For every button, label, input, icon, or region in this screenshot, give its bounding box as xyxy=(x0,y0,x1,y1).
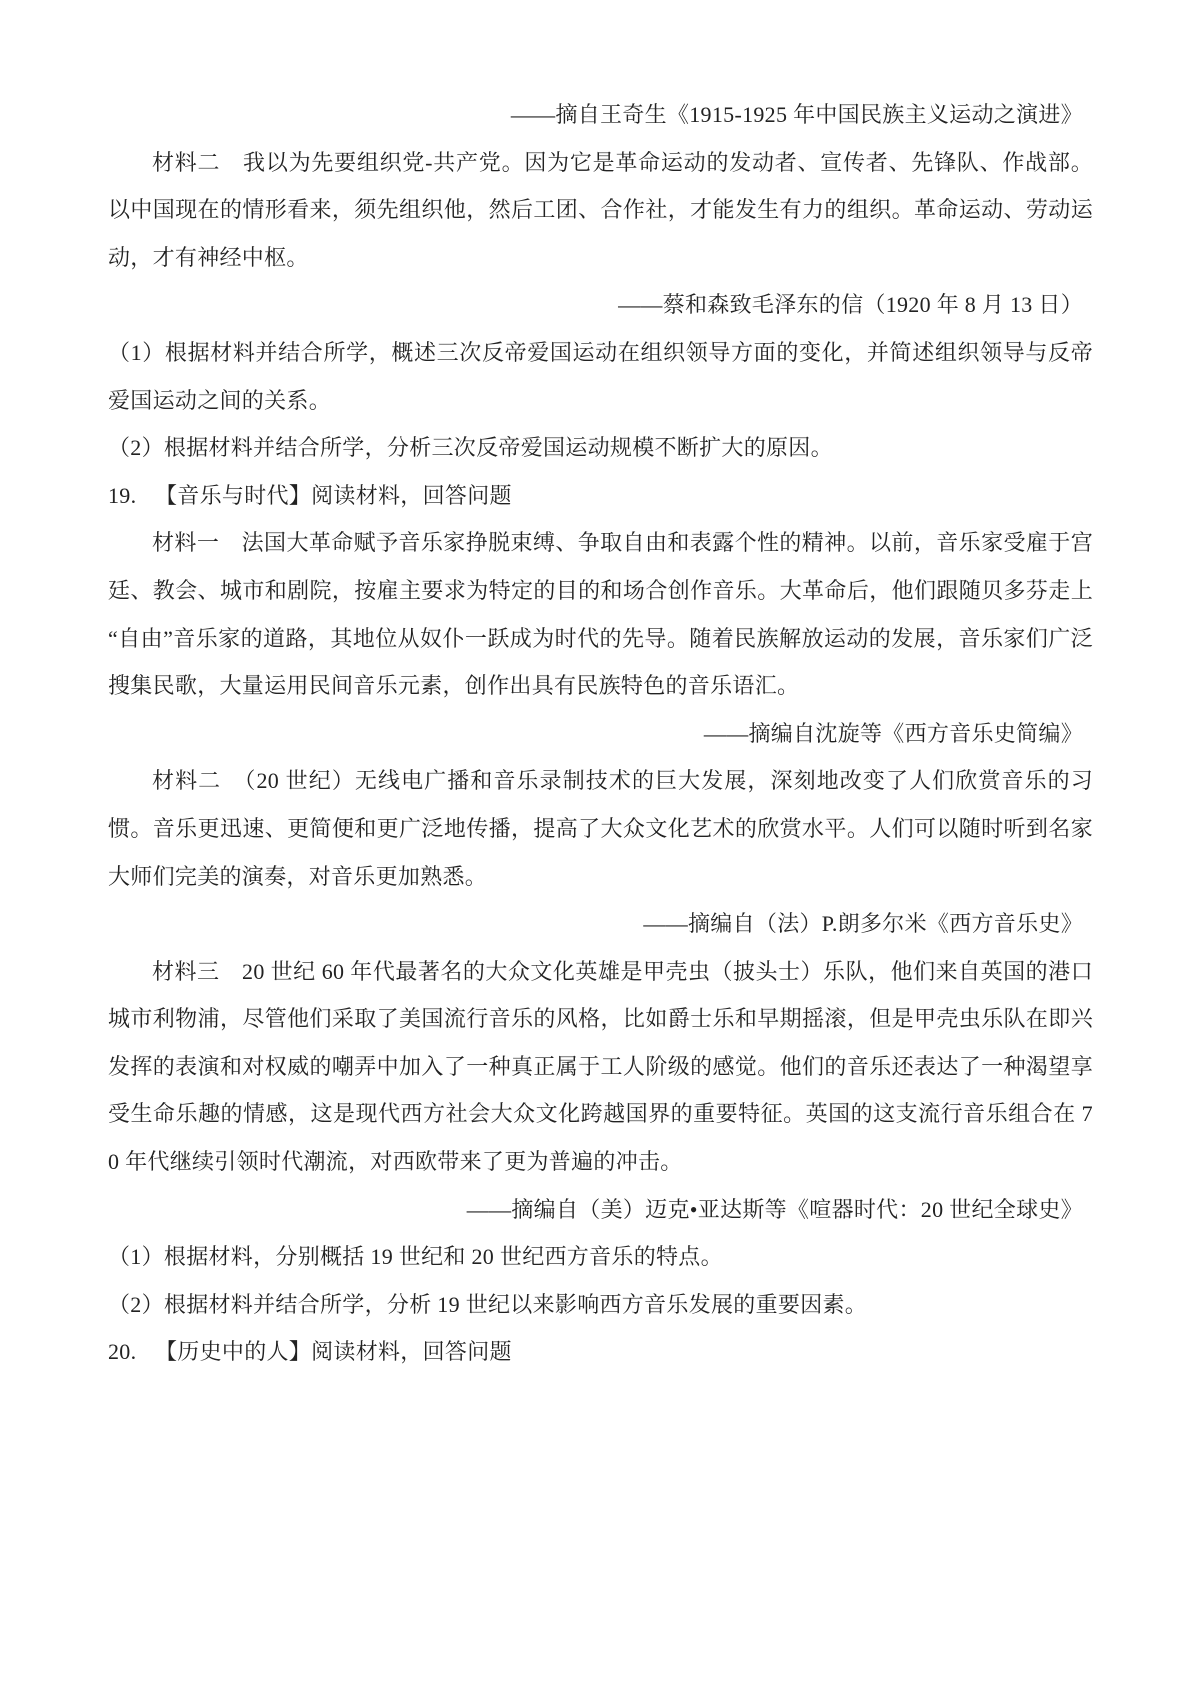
question-title: 【历史中的人】阅读材料，回答问题 xyxy=(155,1339,512,1364)
material-paragraph: 材料三 20 世纪 60 年代最著名的大众文化英雄是甲壳虫（披头士）乐队，他们来… xyxy=(108,948,1093,1186)
question-subitem: （1）根据材料并结合所学，概述三次反帝爱国运动在组织领导方面的变化，并简述组织领… xyxy=(108,329,1093,424)
source-citation: ——蔡和森致毛泽东的信（1920 年 8 月 13 日） xyxy=(108,281,1093,329)
question-title: 【音乐与时代】阅读材料，回答问题 xyxy=(155,483,512,508)
question-header: 20.【历史中的人】阅读材料，回答问题 xyxy=(108,1328,1093,1376)
question-number: 19. xyxy=(108,472,155,520)
source-citation: ——摘编自（美）迈克•亚达斯等《喧器时代：20 世纪全球史》 xyxy=(108,1186,1093,1234)
question-subitem: （2）根据材料并结合所学，分析 19 世纪以来影响西方音乐发展的重要因素。 xyxy=(108,1281,1093,1329)
material-paragraph: 材料二 我以为先要组织党-共产党。因为它是革命运动的发动者、宣传者、先锋队、作战… xyxy=(108,139,1093,282)
material-paragraph: 材料二 （20 世纪）无线电广播和音乐录制技术的巨大发展，深刻地改变了人们欣赏音… xyxy=(108,757,1093,900)
question-subitem: （2）根据材料并结合所学，分析三次反帝爱国运动规模不断扩大的原因。 xyxy=(108,424,1093,472)
question-subitem: （1）根据材料，分别概括 19 世纪和 20 世纪西方音乐的特点。 xyxy=(108,1233,1093,1281)
material-paragraph: 材料一 法国大革命赋予音乐家挣脱束缚、争取自由和表露个性的精神。以前，音乐家受雇… xyxy=(108,519,1093,709)
question-header: 19.【音乐与时代】阅读材料，回答问题 xyxy=(108,472,1093,520)
source-citation: ——摘编自（法）P.朗多尔米《西方音乐史》 xyxy=(108,900,1093,948)
question-number: 20. xyxy=(108,1328,155,1376)
source-citation: ——摘编自沈旋等《西方音乐史简编》 xyxy=(108,710,1093,758)
document-page: ——摘自王奇生《1915-1925 年中国民族主义运动之演进》 材料二 我以为先… xyxy=(0,0,1200,1698)
source-citation: ——摘自王奇生《1915-1925 年中国民族主义运动之演进》 xyxy=(108,91,1093,139)
